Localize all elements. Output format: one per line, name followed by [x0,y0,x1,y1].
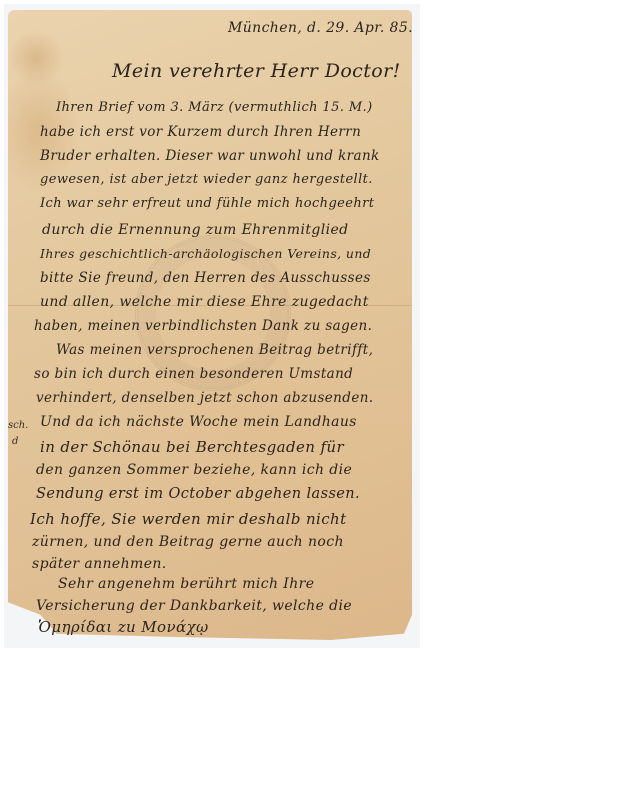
body-line: verhindert, denselben jetzt schon abzuse… [36,390,374,406]
body-line: habe ich erst vor Kurzem durch Ihren Her… [40,124,361,140]
body-line: zürnen, und den Beitrag gerne auch noch [32,534,344,550]
body-line: durch die Ernennung zum Ehrenmitglied [42,222,349,238]
body-line: Ὁμηρίδαι zu Μονάχῳ [38,618,209,636]
body-line: den ganzen Sommer beziehe, kann ich die [36,462,352,478]
dateline: München, d. 29. Apr. 85. [228,20,413,36]
body-line: in der Schönau bei Berchtesgaden für [40,438,344,456]
body-line: bitte Sie freund, den Herren des Ausschu… [40,270,371,286]
body-line: Ihres geschichtlich-archäologischen Vere… [40,246,371,261]
body-line: so bin ich durch einen besonderen Umstan… [34,366,353,382]
body-line: haben, meinen verbindlichsten Dank zu sa… [34,318,372,334]
body-line: später annehmen. [32,556,167,572]
body-line: Ich hoffe, Sie werden mir deshalb nicht [30,510,347,528]
body-line: Sehr angenehm berührt mich Ihre [58,576,314,592]
margin-note: sch. [8,420,28,431]
body-line: Ich war sehr erfreut und fühle mich hoch… [40,196,374,211]
body-line: gewesen, ist aber jetzt wieder ganz herg… [40,172,373,187]
margin-note: d [12,436,18,447]
body-line: Und da ich nächste Woche mein Landhaus [40,414,357,430]
body-line: und allen, welche mir diese Ehre zugedac… [40,294,369,310]
body-line: Bruder erhalten. Dieser war unwohl und k… [40,148,380,164]
body-line: Versicherung der Dankbarkeit, welche die [36,598,352,614]
body-line: Was meinen versprochenen Beitrag betriff… [56,342,373,358]
body-line: Sendung erst im October abgehen lassen. [36,486,360,502]
body-line: Ihren Brief vom 3. März (vermuthlich 15.… [56,100,373,115]
salutation: Mein verehrter Herr Doctor! [112,60,401,82]
